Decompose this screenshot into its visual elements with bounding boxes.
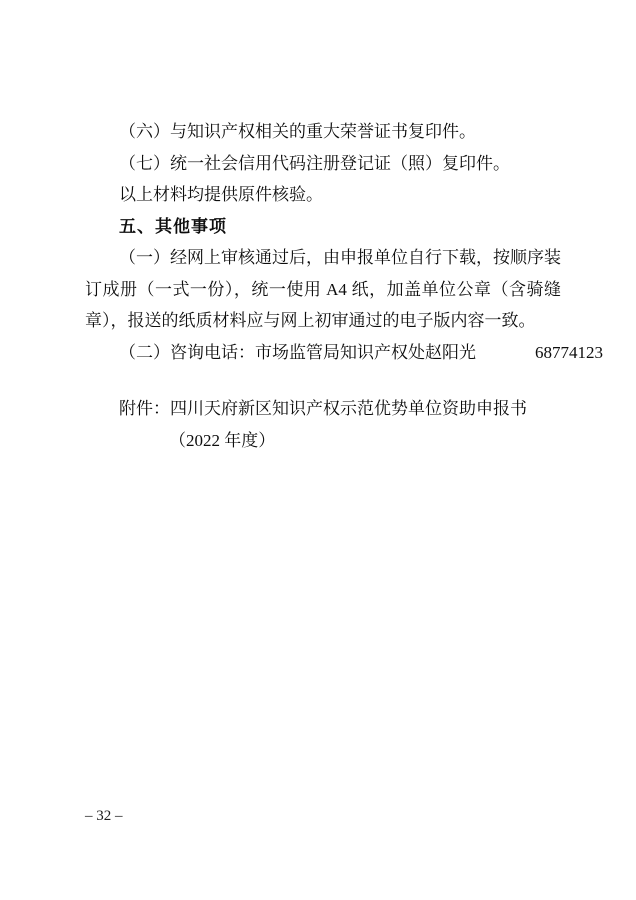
- section5-item1-line3: 章），报送的纸质材料应与网上初审通过的电子版内容一致。: [85, 305, 561, 337]
- material-item-6: （六）与知识产权相关的重大荣誉证书复印件。: [85, 116, 561, 148]
- page-number: – 32 –: [85, 808, 123, 825]
- section5-item2: （二）咨询电话：市场监管局知识产权处赵阳光68774123: [85, 337, 561, 369]
- contact-phone-label: （二）咨询电话：市场监管局知识产权处赵阳光: [119, 343, 476, 362]
- section5-item1-line2: 订成册（一式一份），统一使用 A4 纸，加盖单位公章（含骑缝: [85, 274, 561, 306]
- document-page: （六）与知识产权相关的重大荣誉证书复印件。 （七）统一社会信用代码注册登记证（照…: [0, 0, 636, 900]
- material-item-7: （七）统一社会信用代码注册登记证（照）复印件。: [85, 148, 561, 180]
- materials-note: 以上材料均提供原件核验。: [85, 179, 561, 211]
- attachment-year: （2022 年度）: [85, 425, 561, 457]
- attachment-title: 附件：四川天府新区知识产权示范优势单位资助申报书: [85, 393, 561, 425]
- section-heading-other-matters: 五、其他事项: [85, 211, 561, 243]
- contact-phone-number: 68774123: [501, 337, 603, 369]
- paragraph-spacer: [85, 368, 561, 393]
- document-body: （六）与知识产权相关的重大荣誉证书复印件。 （七）统一社会信用代码注册登记证（照…: [85, 116, 561, 456]
- section5-item1-line1: （一）经网上审核通过后，由申报单位自行下载，按顺序装: [85, 242, 561, 274]
